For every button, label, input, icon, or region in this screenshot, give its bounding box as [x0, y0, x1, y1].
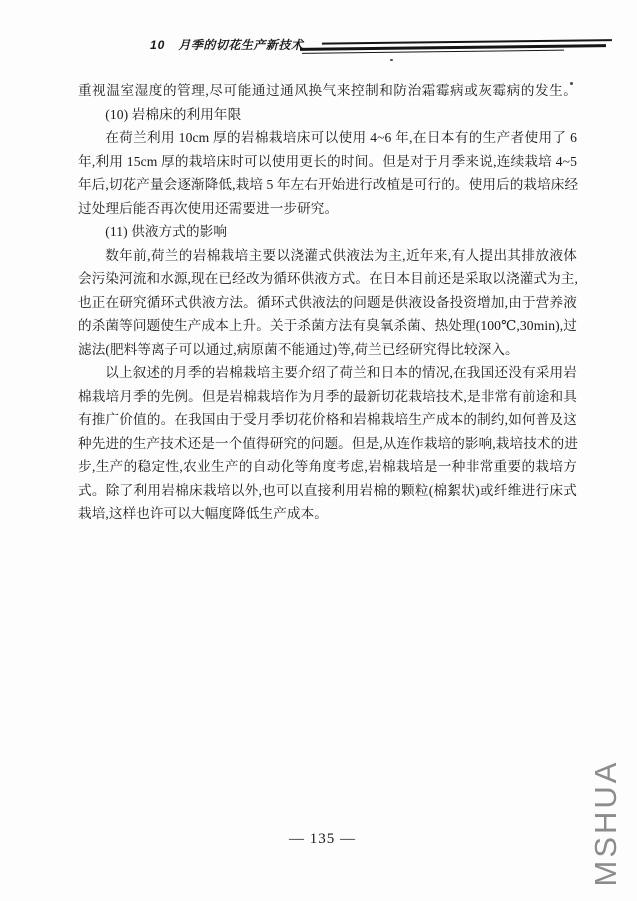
header-rule: [300, 38, 612, 58]
page-number: — 135 —: [0, 831, 637, 848]
scanned-book-page: 10月季的切花生产新技术 重视温室湿度的管理,尽可能通过通风换气来控制和防治霜霉…: [0, 0, 637, 901]
text-line: 种先进的生产技术还是一个值得研究的问题。但是,从连作栽培的影响,栽培技术的进: [78, 432, 577, 456]
text-line: 滤法(肥料等离子可以通过,病原菌不能通过)等,荷兰已经研究得比较深入。: [78, 338, 577, 362]
text-line: 棉栽培月季的先例。但是岩棉栽培作为月季的最新切花栽培技术,是非常有前途和具: [78, 385, 577, 409]
text-line: 式。除了利用岩棉床栽培以外,也可以直接利用岩棉的颗粒(棉絮状)或纤维进行床式: [78, 479, 577, 503]
text-line: 有推广价值的。在我国由于受月季切花价格和岩棉栽培生产成本的制约,如何普及这: [78, 408, 577, 432]
scan-speck: [390, 59, 393, 61]
text-line: 也正在研究循环式供液方法。循环式供液法的问题是供液设备投资增加,由于营养液: [78, 291, 577, 315]
text-line: (11) 供液方式的影响: [78, 220, 577, 244]
watermark-text: MSHUA: [589, 748, 623, 898]
text-line: 数年前,荷兰的岩棉栽培主要以浇灌式供液法为主,近年来,有人提出其排放液体: [78, 244, 577, 268]
text-line: 年后,切花产量会逐渐降低,栽培 5 年左右开始进行改植是可行的。使用后的栽培床经: [78, 173, 577, 197]
text-line: 会污染河流和水源,现在已经改为循环供液方式。在日本目前还是采取以浇灌式为主,: [78, 267, 577, 291]
page-header: 10月季的切花生产新技术: [150, 36, 303, 56]
text-line: 重视温室湿度的管理,尽可能通过通风换气来控制和防治霜霉病或灰霉病的发生。: [78, 79, 577, 103]
text-line: 以上叙述的月季的岩棉栽培主要介绍了荷兰和日本的情况,在我国还没有采用岩: [78, 361, 577, 385]
text-line: (10) 岩棉床的利用年限: [78, 103, 577, 127]
chapter-number: 10: [150, 38, 165, 52]
text-line: 年,利用 15cm 厚的栽培床时可以使用更长的时间。但是对于月季来说,连续栽培 …: [78, 150, 577, 174]
text-line: 栽培,这样也许可以大幅度降低生产成本。: [78, 502, 577, 526]
text-line: 过处理后能否再次使用还需要进一步研究。: [78, 197, 577, 221]
chapter-title: 月季的切花生产新技术: [178, 38, 303, 52]
text-line: 步,生产的稳定性,农业生产的自动化等角度考虑,岩棉栽培是一种非常重要的栽培方: [78, 455, 577, 479]
text-line: 在荷兰利用 10cm 厚的岩棉栽培床可以使用 4~6 年,在日本有的生产者使用了…: [78, 126, 577, 150]
text-line: 的杀菌等问题使生产成本上升。关于杀菌方法有臭氧杀菌、热处理(100℃,30min…: [78, 314, 577, 338]
body-text: 重视温室湿度的管理,尽可能通过通风换气来控制和防治霜霉病或灰霉病的发生。(10)…: [78, 79, 577, 526]
